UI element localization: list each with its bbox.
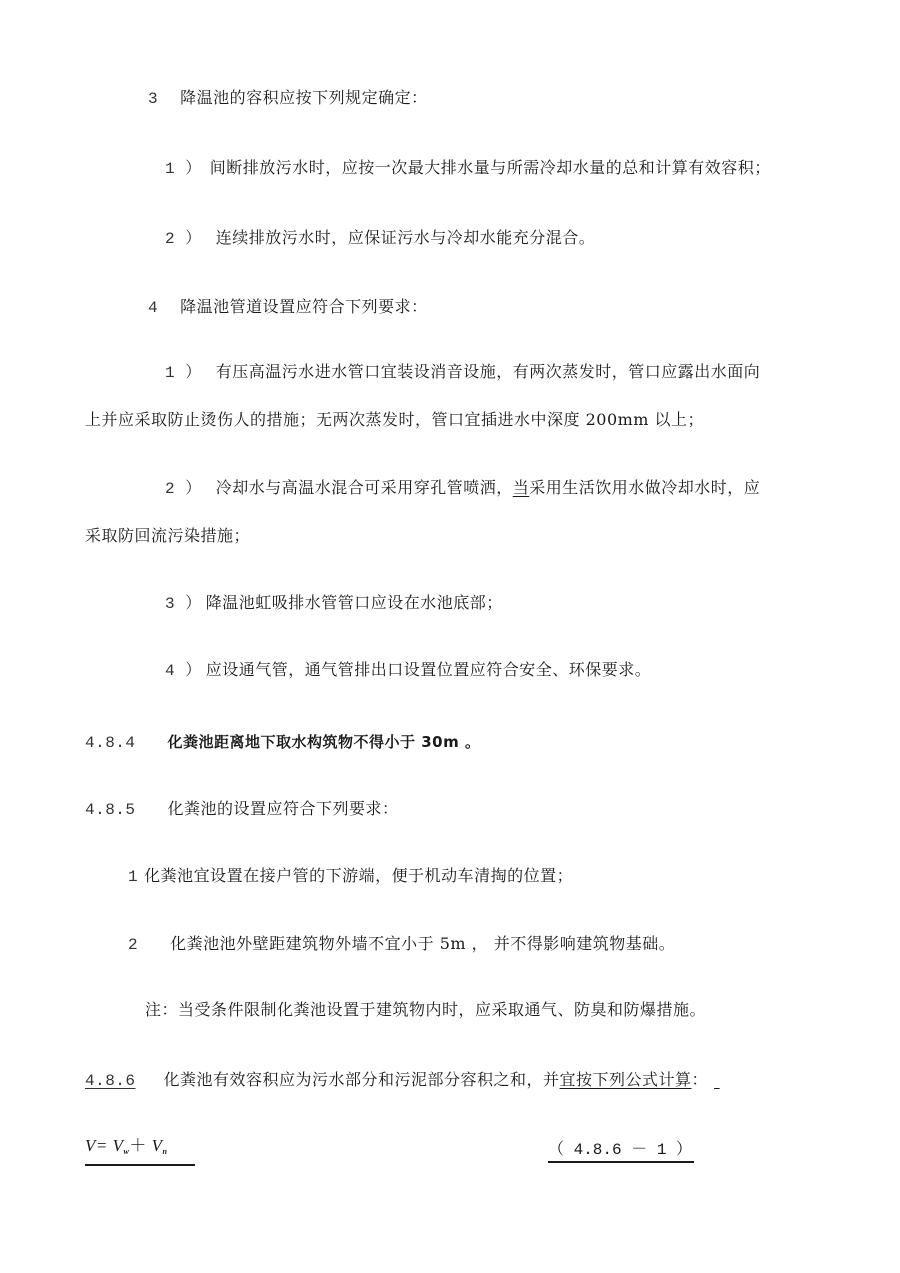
section-number: 4.8.5 [85,801,136,819]
clause-text: 降温池管道设置应符合下列要求： [180,297,428,316]
formula-subscript-2: n [162,1147,167,1156]
item-text: 冷却水与高温水混合可采用穿孔管喷洒， [216,478,513,497]
note: 注：当受条件限制化粪池设置于建筑物内时，应采取通气、防臭和防爆措施。 [145,1000,706,1020]
section-number: 4.8.6 [85,1072,136,1090]
clause-3-2: 2 ）连续排放污水时，应保证污水与冷却水能充分混合。 [165,228,595,249]
clause-4-1: 1 ）有压高温污水进水管口宜装设消音设施，有两次蒸发时，管口应露出水面向 [165,362,760,383]
section-4-8-4: 4.8.4化粪池距离地下取水构筑物不得小于 30m 。 [85,732,480,753]
formula-plus: ＋ [129,1136,147,1155]
item-text: 连续排放污水时，应保证污水与冷却水能充分混合。 [216,228,596,247]
clause-4-3: 3 ）降温池虹吸排水管管口应设在水池底部； [165,593,503,614]
item-number: 4 ） [165,662,202,680]
clause-4-1-continuation: 上并应采取防止烫伤人的措施；无两次蒸发时，管口宜插进水中深度 200mm 以上； [85,410,704,430]
underlined-text: 当 [513,478,530,497]
underlined-text: 宜按下列公式计算 [560,1070,692,1089]
section-text: ： [692,1070,709,1089]
item-number: 2 [128,936,138,954]
item-text: 降温池虹吸排水管管口应设在水池底部； [206,593,503,612]
section-4-8-5: 4.8.5化粪池的设置应符合下列要求： [85,799,399,820]
section-4-8-6: 4.8.6化粪池有效容积应为污水部分和污泥部分容积之和，并宜按下列公式计算： [85,1070,724,1091]
clause-text: 降温池的容积应按下列规定确定： [180,88,428,107]
item-text: 化粪池池外壁距建筑物外墙不宜小于 5m ， 并不得影响建筑物基础。 [170,934,675,953]
item-number: 1 ） [165,160,202,178]
clause-3-1: 1 ）间断排放污水时，应按一次最大排水量与所需冷却水量的总和计算有效容积； [165,158,771,179]
section-4-8-5-item-1: 1化粪池宜设置在接户管的下游端，便于机动车清掏的位置； [128,866,573,887]
item-text: 化粪池宜设置在接户管的下游端，便于机动车清掏的位置； [144,866,573,885]
clause-4: 4降温池管道设置应符合下列要求： [148,297,428,318]
item-number: 2 ） [165,230,202,248]
equation-number: （ 4.8.6 － 1 ） [548,1136,694,1163]
formula-term-2: V [152,1136,163,1155]
section-text: 化粪池距离地下取水构筑物不得小于 30m 。 [168,733,481,751]
clause-4-2-continuation: 采取防回流污染措施； [85,526,250,546]
section-4-8-5-item-2: 2化粪池池外壁距建筑物外墙不宜小于 5m ， 并不得影响建筑物基础。 [128,934,675,955]
item-text: 应设通气管，通气管排出口设置位置应符合安全、环保要求。 [206,660,652,679]
clause-4-2: 2 ）冷却水与高温水混合可采用穿孔管喷洒，当采用生活饮用水做冷却水时，应 [165,478,760,499]
clause-number: 4 [148,299,158,317]
item-text-continued: 上并应采取防止烫伤人的措施；无两次蒸发时，管口宜插进水中深度 200mm 以上； [85,410,704,429]
trailing-underline [714,1070,724,1090]
clause-4-4: 4 ）应设通气管，通气管排出口设置位置应符合安全、环保要求。 [165,660,651,681]
formula-lhs: V= [85,1136,108,1155]
note-text: 注：当受条件限制化粪池设置于建筑物内时，应采取通气、防臭和防爆措施。 [145,1000,706,1019]
item-text-continued: 采取防回流污染措施； [85,526,250,545]
item-text: 间断排放污水时，应按一次最大排水量与所需冷却水量的总和计算有效容积； [210,158,771,177]
item-text: 采用生活饮用水做冷却水时，应 [529,478,760,497]
item-number: 1 ） [165,364,202,382]
section-number: 4.8.4 [85,734,136,752]
section-text: 化粪池的设置应符合下列要求： [168,799,399,818]
formula: V= Vw＋ Vn [85,1136,195,1166]
item-text: 有压高温污水进水管口宜装设消音设施，有两次蒸发时，管口应露出水面向 [216,362,761,381]
item-number: 1 [128,868,138,886]
section-text: 化粪池有效容积应为污水部分和污泥部分容积之和，并 [164,1070,560,1089]
formula-term-1: V [113,1136,124,1155]
clause-3: 3降温池的容积应按下列规定确定： [148,88,428,109]
clause-number: 3 [148,90,158,108]
item-number: 3 ） [165,595,202,613]
item-number: 2 ） [165,480,202,498]
